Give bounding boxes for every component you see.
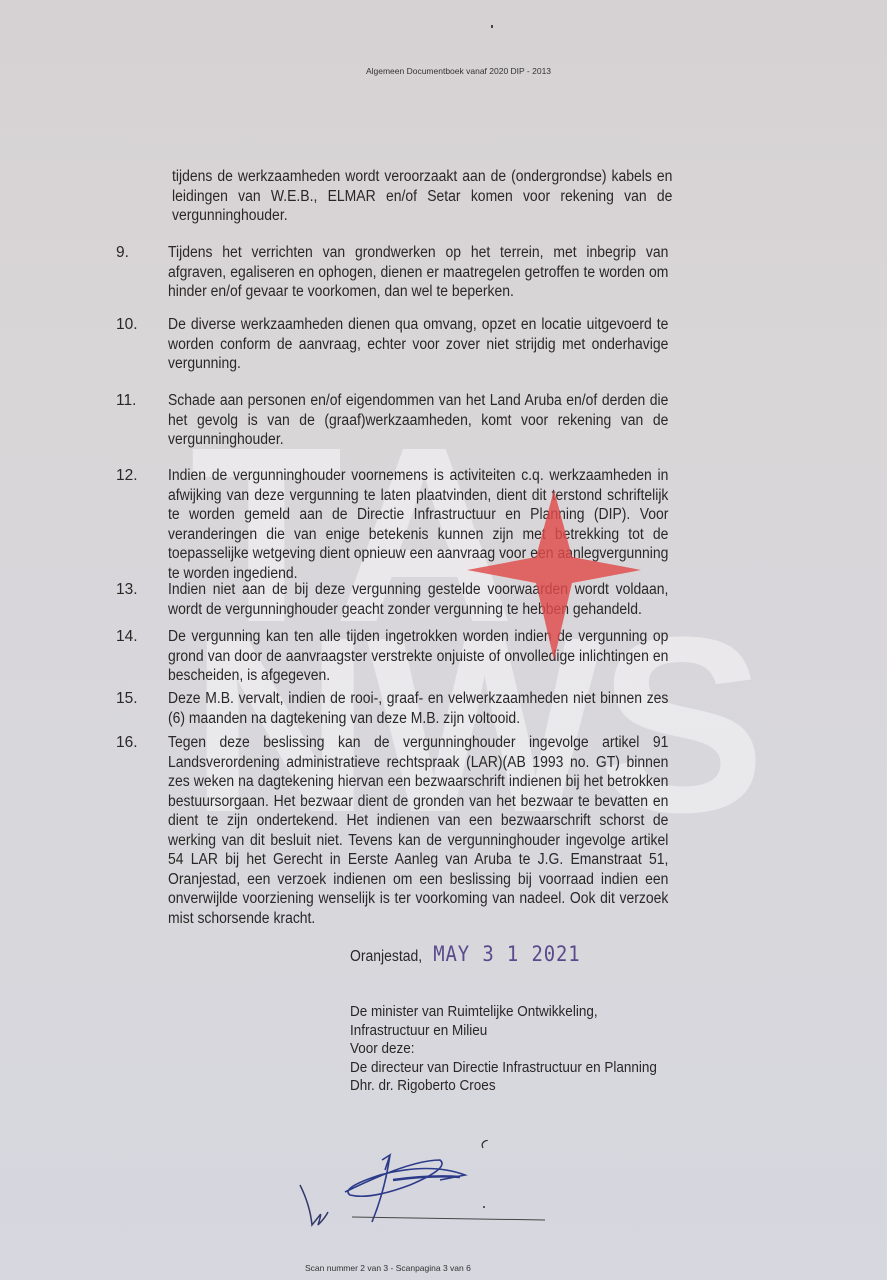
item-text: Tijdens het verrichten van grondwerken o… [168,243,668,302]
item-number: 12. [116,466,138,486]
signatory-block: De minister van Ruimtelijke Ontwikkeling… [350,1003,657,1096]
date-line: Oranjestad, MAY 3 1 2021 [350,942,581,966]
item-number: 9. [116,243,129,263]
speck [491,25,493,28]
signature-icon [290,1140,560,1240]
item-number: 14. [116,627,138,647]
date-stamp: MAY 3 1 2021 [433,942,580,966]
item-text: De diverse werkzaamheden dienen qua omva… [168,315,668,374]
item-number: 10. [116,315,138,335]
signatory-name: Dhr. dr. Rigoberto Croes [350,1077,657,1096]
item-number: 13. [116,580,138,600]
item-number: 16. [116,733,138,753]
item-text: Indien de vergunninghouder voornemens is… [168,466,668,583]
item-number: 11. [116,391,136,411]
item-text: Deze M.B. vervalt, indien de rooi-, graa… [168,689,668,728]
signatory-line: De minister van Ruimtelijke Ontwikkeling… [350,1003,657,1022]
item-text: Tegen deze beslissing kan de vergunningh… [168,733,668,928]
signatory-line: Voor deze: [350,1040,657,1059]
signatory-line: Infrastructuur en Milieu [350,1022,657,1041]
signatory-line: De directeur van Directie Infrastructuur… [350,1059,657,1078]
item-text: Indien niet aan de bij deze vergunning g… [168,580,668,619]
item-text: Schade aan personen en/of eigendommen va… [168,391,668,450]
intro-paragraph: tijdens de werkzaamheden wordt veroorzaa… [172,167,672,226]
item-text: De vergunning kan ten alle tijden ingetr… [168,627,668,686]
date-place: Oranjestad, [350,948,422,965]
scan-footer: Scan nummer 2 van 3 - Scanpagina 3 van 6 [305,1263,471,1273]
document-header: Algemeen Documentboek vanaf 2020 DIP - 2… [0,66,887,76]
document-page: Algemeen Documentboek vanaf 2020 DIP - 2… [0,0,887,1280]
item-number: 15. [116,689,138,709]
